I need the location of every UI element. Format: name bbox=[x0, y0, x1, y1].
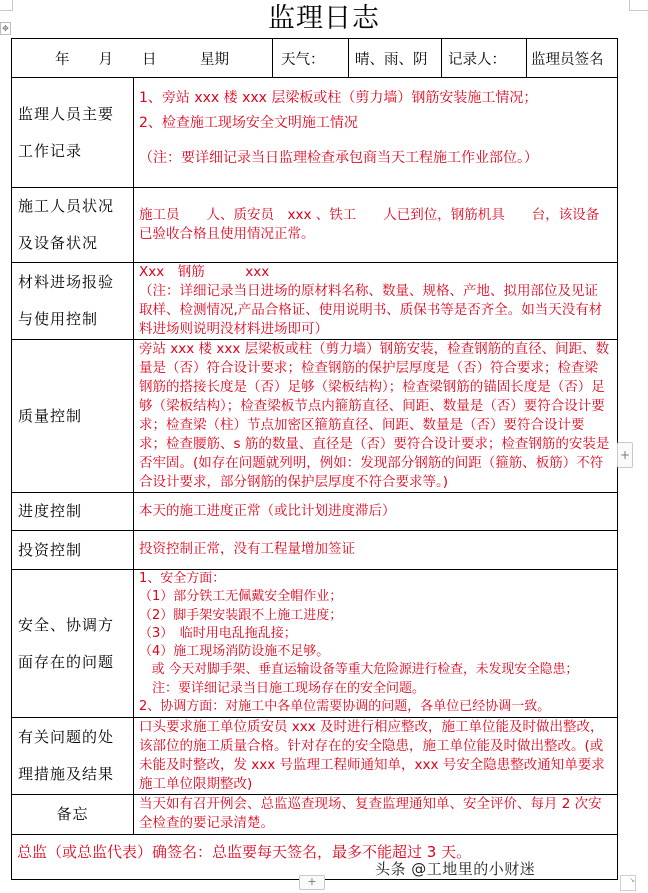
add-column-button[interactable]: + bbox=[617, 442, 633, 468]
content-supervisor-work[interactable]: 1、旁站 xxx 楼 xxx 层梁板或柱（剪力墙）钢筋安装施工情况； 2、检查施… bbox=[134, 78, 618, 188]
row-safety-coordination: 安全、协调方 面存在的问题 1、安全方面： （1）部分铁工无佩戴安全帽作业； （… bbox=[12, 570, 618, 718]
add-row-button[interactable]: + bbox=[299, 875, 325, 890]
recorder-value[interactable]: 监理员签名 bbox=[527, 39, 618, 78]
row-material-inspection: 材料进场报验 与使用控制 Xxx 钢筋 xxx （注：详细记录当日进场的原材料名… bbox=[12, 263, 618, 340]
label-investment-control: 投资控制 bbox=[12, 531, 134, 570]
content-memo[interactable]: 当天如有召开例会、总监巡查现场、复查监理通知单、安全评价、每月 2 次安全检查的… bbox=[134, 795, 618, 835]
weather-value[interactable]: 晴、雨、阴 bbox=[349, 39, 442, 78]
content-progress-control[interactable]: 本天的施工进度正常（或比计划进度滞后） bbox=[134, 493, 618, 531]
content-problem-handling[interactable]: 口头要求施工单位质安员 xxx 及时进行相应整改，施工单位能及时做出整改，该部位… bbox=[134, 718, 618, 795]
label-staff-equipment: 施工人员状况 及设备状况 bbox=[12, 188, 134, 263]
page-title: 监理日志 bbox=[0, 2, 648, 36]
row-progress-control: 进度控制 本天的施工进度正常（或比计划进度滞后） bbox=[12, 493, 618, 531]
supervision-log-table: 年 月 日 星期 天气： 晴、雨、阴 记录人： 监理员签名 监理人员主要 工作记… bbox=[11, 38, 618, 880]
content-investment-control[interactable]: 投资控制正常，没有工程量增加签证 bbox=[134, 531, 618, 570]
recorder-label: 记录人： bbox=[442, 39, 527, 78]
date-cell[interactable]: 年 月 日 星期 bbox=[12, 39, 273, 78]
watermark: 头条 @工地里的小财迷 bbox=[375, 858, 535, 879]
row-investment-control: 投资控制 投资控制正常，没有工程量增加签证 bbox=[12, 531, 618, 570]
content-quality-control[interactable]: 旁站 xxx 楼 xxx 层梁板或柱（剪力墙）钢筋安装，检查钢筋的直径、间距、数… bbox=[134, 340, 618, 493]
label-problem-handling: 有关问题的处 理措施及结果 bbox=[12, 718, 134, 795]
row-supervisor-work: 监理人员主要 工作记录 1、旁站 xxx 楼 xxx 层梁板或柱（剪力墙）钢筋安… bbox=[12, 78, 618, 188]
label-safety-coordination: 安全、协调方 面存在的问题 bbox=[12, 570, 134, 718]
row-quality-control: 质量控制 旁站 xxx 楼 xxx 层梁板或柱（剪力墙）钢筋安装，检查钢筋的直径… bbox=[12, 340, 618, 493]
date-label: 年 月 日 星期 bbox=[55, 52, 229, 68]
content-material-inspection[interactable]: Xxx 钢筋 xxx （注：详细记录当日进场的原材料名称、数量、规格、产地、拟用… bbox=[134, 263, 618, 340]
row-staff-equipment: 施工人员状况 及设备状况 施工员 人、质安员 xxx 、铁工 人已到位，钢筋机具… bbox=[12, 188, 618, 263]
label-progress-control: 进度控制 bbox=[12, 493, 134, 531]
row-memo: 备忘 当天如有召开例会、总监巡查现场、复查监理通知单、安全评价、每月 2 次安全… bbox=[12, 795, 618, 835]
label-supervisor-work: 监理人员主要 工作记录 bbox=[12, 78, 134, 188]
weather-label: 天气： bbox=[273, 39, 349, 78]
header-row: 年 月 日 星期 天气： 晴、雨、阴 记录人： 监理员签名 bbox=[12, 39, 618, 78]
table-move-handle-icon[interactable]: ✥ bbox=[0, 22, 11, 35]
label-material-inspection: 材料进场报验 与使用控制 bbox=[12, 263, 134, 340]
table-resize-handle-icon[interactable]: ↘ bbox=[620, 875, 636, 891]
content-safety-coordination[interactable]: 1、安全方面： （1）部分铁工无佩戴安全帽作业； （2）脚手架安装跟不上施工进度… bbox=[134, 570, 618, 718]
label-memo: 备忘 bbox=[12, 795, 134, 835]
content-staff-equipment[interactable]: 施工员 人、质安员 xxx 、铁工 人已到位，钢筋机具 台，该设备已验收合格且使… bbox=[134, 188, 618, 263]
label-quality-control: 质量控制 bbox=[12, 340, 134, 493]
row-problem-handling: 有关问题的处 理措施及结果 口头要求施工单位质安员 xxx 及时进行相应整改，施… bbox=[12, 718, 618, 795]
